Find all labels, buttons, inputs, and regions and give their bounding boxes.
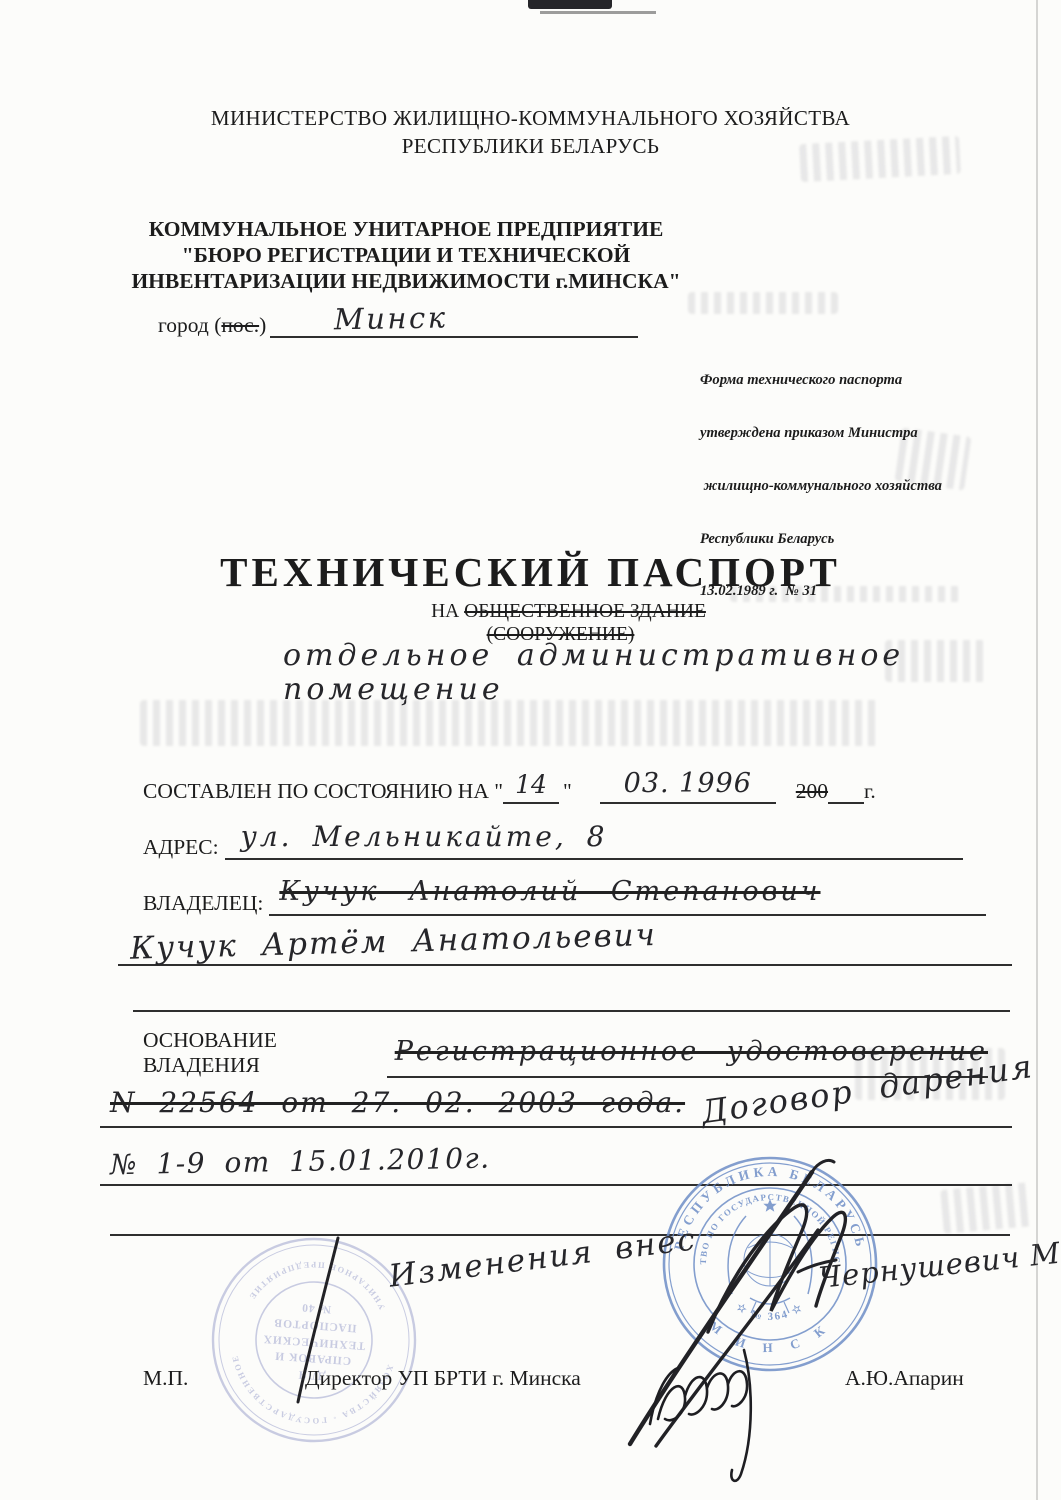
address-value-line: ул. Мельникайте, 8 [225,820,963,860]
city-value-line: Минск [270,302,638,338]
date-month-year-line: 03. 1996 [600,768,776,804]
bleedthrough-smudge [140,700,880,746]
ministry-header-line1: МИНИСТЕРСТВО ЖИЛИЩНО-КОММУНАЛЬНОГО ХОЗЯЙ… [0,106,1061,131]
owner-value-handwritten: Кучук Артём Анатольевич [118,917,658,967]
empty-ruled-line-1 [133,1010,1010,1012]
document-title: ТЕХНИЧЕСКИЙ ПАСПОРТ [0,548,1061,596]
date-day-line: 14 [503,770,559,804]
director-title-label: Директор УП БРТИ г. Минска [305,1366,581,1391]
ministry-header-line2: РЕСПУБЛИКИ БЕЛАРУСЬ [0,134,1061,159]
form-note-line1: Форма технического паспорта [700,372,990,390]
city-row: город (пос.) Минск [158,302,638,338]
address-row: АДРЕС: ул. Мельникайте, 8 [143,822,963,860]
signature-director-loops [638,1322,788,1492]
scan-artifact-right-edge [1036,0,1038,1500]
owner-label: ВЛАДЕЛЕЦ: [143,891,263,916]
seal-place-label: М.П. [143,1366,188,1391]
city-label-struck-pos: пос. [221,313,259,337]
city-label-close: ) [259,313,266,337]
date-day-handwritten: 14 [515,770,547,799]
date-struck-200: 200 [796,779,828,804]
company-name-block: КОММУНАЛЬНОЕ УНИТАРНОЕ ПРЕДПРИЯТИЕ "БЮРО… [128,216,684,294]
basis-struck-handwritten: Регистрационное удостоверение [387,1036,988,1067]
owner-second-line: Кучук Артём Анатольевич [118,924,1012,966]
form-note-line4: Республики Беларусь [700,531,990,549]
city-label: город ( [158,313,221,337]
object-type-handwritten-line1: отдельное административное [283,638,904,673]
date-row: СОСТАВЛЕН ПО СОСТОЯНИЮ НА " 14 " 03. 199… [143,770,876,804]
scanned-technical-passport-page: МИНИСТЕРСТВО ЖИЛИЩНО-КОММУНАЛЬНОГО ХОЗЯЙ… [0,0,1061,1500]
scan-artifact-top-strip [528,0,612,9]
company-name-line2: "БЮРО РЕГИСТРАЦИИ И ТЕХНИЧЕСКОЙ [128,242,684,268]
ownership-basis-label: ОСНОВАНИЕ ВЛАДЕНИЯ [143,1028,381,1078]
owner-struck-line: Кучук Анатолий Степанович [269,876,986,916]
address-value-handwritten: ул. Мельникайте, 8 [225,820,608,853]
company-name-line1: КОММУНАЛЬНОЕ УНИТАРНОЕ ПРЕДПРИЯТИЕ [128,216,684,242]
company-name-line3: ИНВЕНТАРИЗАЦИИ НЕДВИЖИМОСТИ г.МИНСКА" [128,268,684,294]
subtitle-prefix: НА [431,601,464,622]
form-note-line2: утверждена приказом Министра [700,425,990,443]
subtitle-struck-building: ОБЩЕСТВЕННОЕ ЗДАНИЕ [464,601,706,622]
city-value-handwritten: Минск [270,300,448,337]
address-label: АДРЕС: [143,835,219,860]
object-type-handwritten-line2: помещение [283,672,504,707]
document-subtitle: НА ОБЩЕСТВЕННОЕ ЗДАНИЕ [38,601,1061,623]
owner-struck-handwritten: Кучук Анатолий Степанович [269,876,820,907]
bleedthrough-smudge [688,292,838,314]
date-label: СОСТАВЛЕН ПО СОСТОЯНИЮ НА " [143,779,503,804]
date-month-year-handwritten: 03. 1996 [624,768,752,799]
scan-artifact-top-line [540,11,656,14]
director-name: А.Ю.Апарин [845,1366,964,1391]
basis-line3-handwritten: № 1-9 от 15.01.2010г. [100,1142,491,1182]
date-close-quote: " [563,779,572,804]
owner-row: ВЛАДЕЛЕЦ: Кучук Анатолий Степанович [143,878,986,916]
signature-large-ink [560,1100,1060,1500]
date-empty-line [828,774,864,804]
date-suffix: г. [864,779,876,804]
form-note-line3: жилищно-коммунального хозяйства [700,478,990,496]
